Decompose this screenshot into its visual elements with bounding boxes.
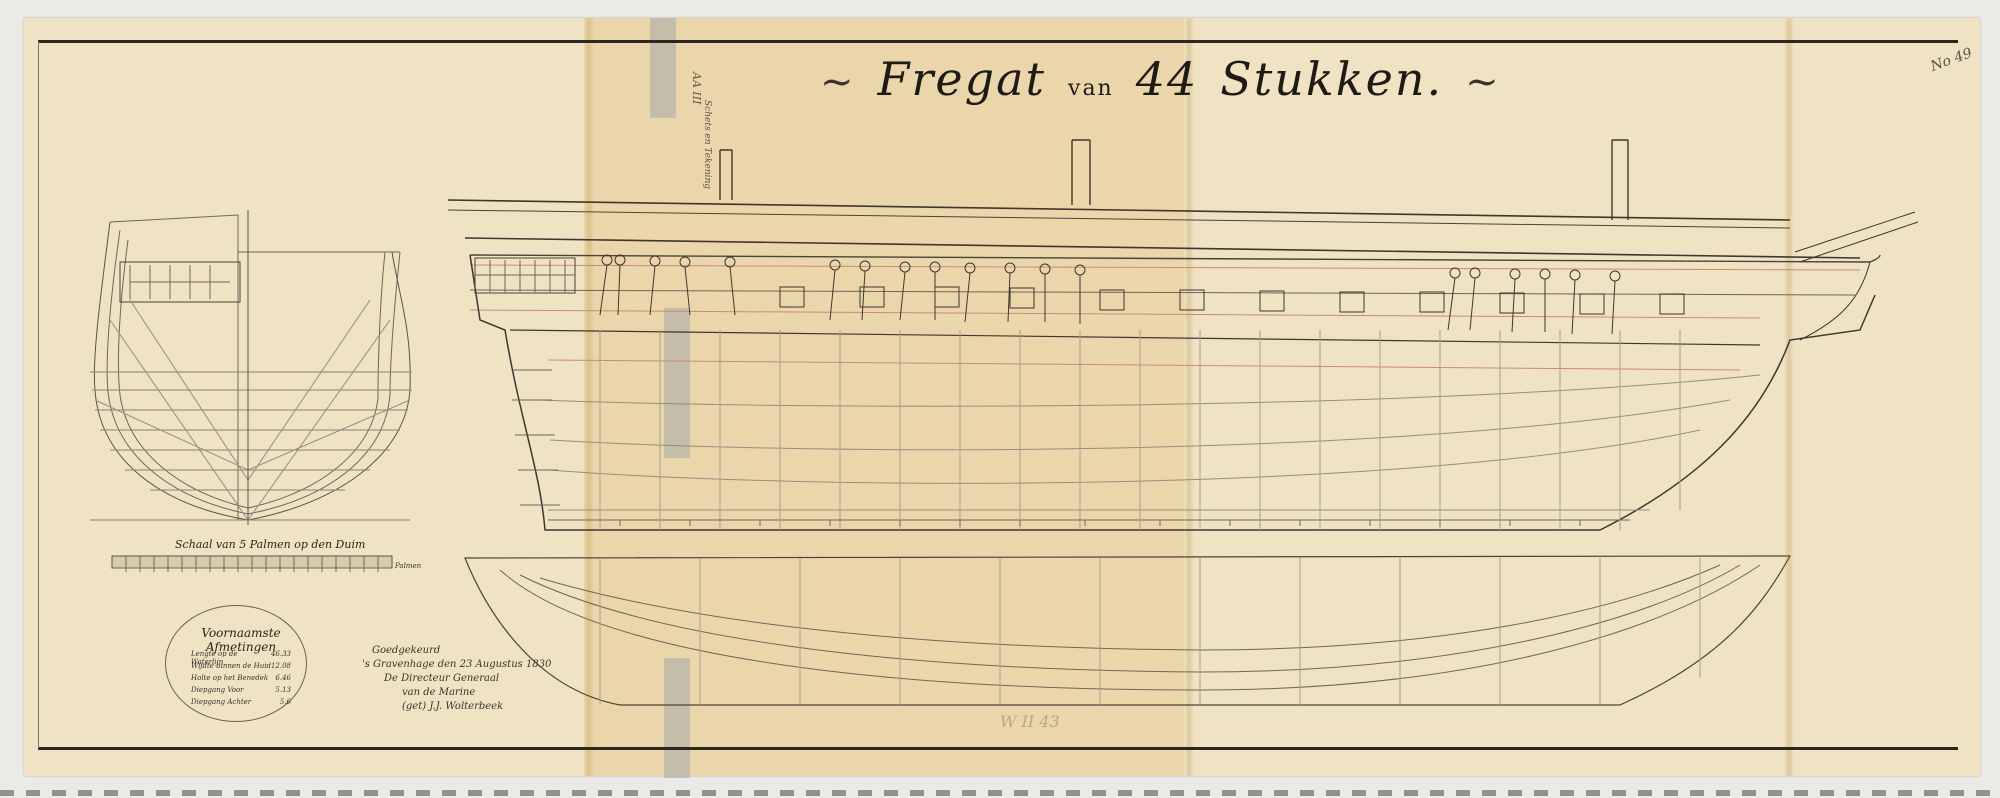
legend-row: Diepgang Voor5.13 [191, 686, 291, 694]
legend-row: Wijdte binnen de Huid12.08 [191, 662, 291, 670]
sig-title: De Directeur Generaal [362, 672, 551, 686]
sig-dept: van de Marine [362, 686, 551, 700]
scale-bar [112, 556, 392, 572]
approval-signature: Goedgekeurd 's Gravenhage den 23 Augustu… [362, 644, 551, 714]
scale-unit: Palmen [395, 562, 421, 570]
page-edge [0, 790, 2000, 796]
legend-row: Holte op het Benedek6.46 [191, 674, 291, 682]
legend-row: Diepgang Achter5.6 [191, 698, 291, 706]
scale-title: Schaal van 5 Palmen op den Duim [175, 538, 365, 551]
body-plan [90, 210, 412, 525]
dimensions-legend: Voornaamste Afmetingen Lengte op de Wate… [165, 605, 307, 722]
half-breadth-plan [465, 556, 1790, 705]
sig-place-date: 's Gravenhage den 23 Augustus 1830 [362, 658, 551, 672]
sig-approved: Goedgekeurd [362, 644, 551, 658]
sheer-plan [448, 140, 1918, 530]
sig-name: (get) J.J. Wolterbeek [362, 700, 551, 714]
